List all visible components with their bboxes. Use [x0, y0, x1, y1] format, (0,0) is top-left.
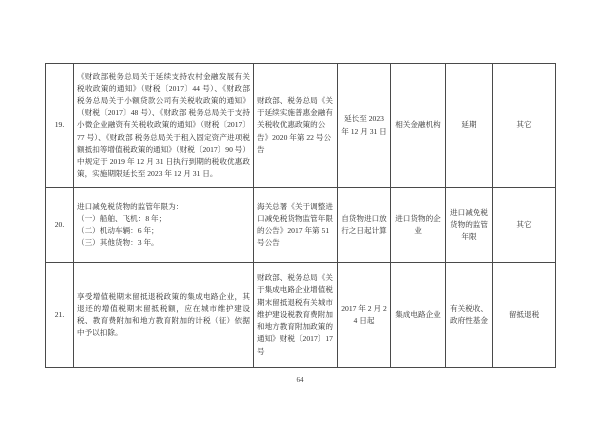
policy-basis-cell: 财政部、税务总局《关于集成电路企业增值税期末留抵退税有关城市维护建设税教育费附加… — [254, 263, 338, 368]
subject-cell: 延期 — [446, 64, 493, 188]
beneficiary-cell: 相关金融机构 — [391, 64, 446, 188]
policy-content-cell: 享受增值税期末留抵退税政策的集成电路企业，其退还的增值税期末留抵税额，应在城市维… — [74, 263, 254, 368]
policy-content-cell: 进口减免税货物的监管年限为： （一）船舶、飞机：8 年； （二）机动车辆：6 年… — [74, 188, 254, 263]
policy-table: 19. 《财政部税务总局关于延续支持农村金融发展有关税收政策的通知》（财税〔20… — [45, 63, 556, 368]
subject-cell: 进口减免税货物的监管年限 — [446, 188, 493, 263]
table-row: 21. 享受增值税期末留抵退税政策的集成电路企业，其退还的增值税期末留抵税额，应… — [46, 263, 556, 368]
table-row: 20. 进口减免税货物的监管年限为： （一）船舶、飞机：8 年； （二）机动车辆… — [46, 188, 556, 263]
row-number-cell: 19. — [46, 64, 74, 188]
row-number-cell: 20. — [46, 188, 74, 263]
execution-time-cell: 延长至 2023 年 12 月 31 日 — [338, 64, 391, 188]
category-cell: 其它 — [493, 64, 556, 188]
policy-basis-cell: 财政部、税务总局《关于延续实施普惠金融有关税收优惠政策的公告》2020 年第 2… — [254, 64, 338, 188]
execution-time-cell: 2017 年 2 月 24 日起 — [338, 263, 391, 368]
row-number-cell: 21. — [46, 263, 74, 368]
table-row: 19. 《财政部税务总局关于延续支持农村金融发展有关税收政策的通知》（财税〔20… — [46, 64, 556, 188]
document-page: 19. 《财政部税务总局关于延续支持农村金融发展有关税收政策的通知》（财税〔20… — [0, 0, 600, 424]
beneficiary-cell: 集成电路企业 — [391, 263, 446, 368]
policy-content-cell: 《财政部税务总局关于延续支持农村金融发展有关税收政策的通知》（财税〔2017〕4… — [74, 64, 254, 188]
execution-time-cell: 自货物进口放行之日起计算 — [338, 188, 391, 263]
category-cell: 其它 — [493, 188, 556, 263]
category-cell: 留抵退税 — [493, 263, 556, 368]
policy-basis-cell: 海关总署《关于调整进口减免税货物监管年限的公告》2017 年第 51 号公告 — [254, 188, 338, 263]
beneficiary-cell: 进口货物的企业 — [391, 188, 446, 263]
page-number: 64 — [0, 376, 600, 384]
subject-cell: 有关税收、政府性基金 — [446, 263, 493, 368]
